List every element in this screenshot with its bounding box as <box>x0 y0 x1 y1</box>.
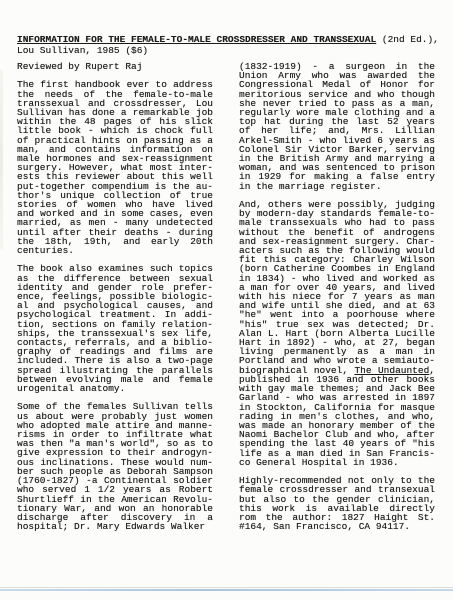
author-line: Lou Sullivan, 1985 ($6) <box>17 45 439 56</box>
scan-noise-artifact <box>0 70 3 250</box>
scan-edge-shadow <box>0 587 453 588</box>
text-line: in the marriage register. <box>239 182 435 191</box>
edition-note: (2nd Ed.), <box>376 34 439 45</box>
right-column: (1832-1919) - a surgeon in theUnion Army… <box>239 62 435 541</box>
paragraph: The first handbook ever to addressthe ne… <box>17 80 213 255</box>
left-column-paragraphs: The first handbook ever to addressthe ne… <box>17 80 213 531</box>
text-line: hospital; Dr. Mary Edwards Walker <box>17 522 213 531</box>
two-column-body: Reviewed by Rupert Raj The first handboo… <box>17 62 435 541</box>
paragraph: And, others were possibly, judgingby mod… <box>239 200 435 467</box>
book-title-heading: INFORMATION FOR THE FEMALE-TO-MALE CROSS… <box>17 34 439 56</box>
paragraph: Highly-recommended not only to thefemale… <box>239 476 435 531</box>
text-line: centuries. <box>17 246 213 255</box>
paragraph: (1832-1919) - a surgeon in theUnion Army… <box>239 62 435 191</box>
text-line: #164, San Francisco, CA 94117. <box>239 522 435 531</box>
book-title: INFORMATION FOR THE FEMALE-TO-MALE CROSS… <box>17 34 376 45</box>
text-line: co General Hospital in 1936. <box>239 458 435 467</box>
paragraph: Some of the females Sullivan tellsus abo… <box>17 402 213 531</box>
byline: Reviewed by Rupert Raj <box>17 62 213 71</box>
title-line: INFORMATION FOR THE FEMALE-TO-MALE CROSS… <box>17 34 439 45</box>
paragraph: The book also examines such topicsas the… <box>17 264 213 393</box>
byline-paragraph: Reviewed by Rupert Raj <box>17 62 213 71</box>
left-column: Reviewed by Rupert Raj The first handboo… <box>17 62 213 541</box>
text-line: urogenital anatomy. <box>17 384 213 393</box>
scanned-page: INFORMATION FOR THE FEMALE-TO-MALE CROSS… <box>0 0 453 600</box>
scan-edge-line <box>0 589 453 591</box>
